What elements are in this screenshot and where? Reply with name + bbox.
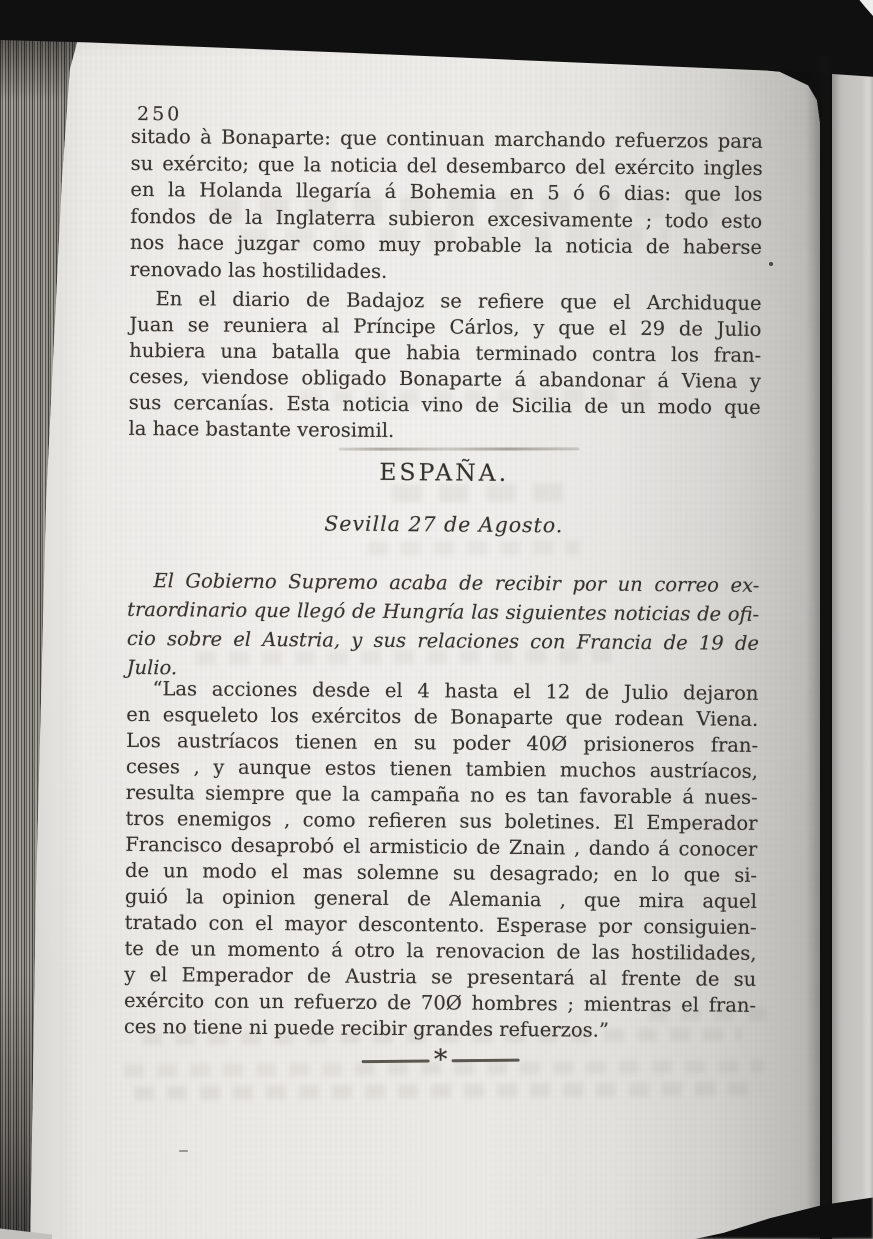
- intro-paragraph: El Gobierno Supremo acaba de recibir por…: [127, 566, 760, 687]
- page-number: 250: [137, 103, 182, 125]
- dateline: Sevilla 27 de Agosto.: [128, 510, 760, 539]
- asterisk-glyph: *: [430, 1055, 452, 1065]
- asterisk-ornament: *: [340, 1045, 540, 1075]
- ink-speck: [769, 262, 773, 266]
- quote-paragraph: “Las acciones desde el 4 hasta el 12 de …: [124, 676, 759, 1045]
- text-line: ces no tiene ni puede recibir grandes re…: [124, 1014, 756, 1045]
- ornament-dash-left: [362, 1059, 430, 1063]
- ink-speck: [179, 1150, 188, 1152]
- text-line: cio sobre el Austria, y sus relaciones c…: [127, 624, 759, 658]
- text-line: renovado las hostilidades.: [130, 256, 762, 287]
- section-divider-rule: [338, 447, 579, 450]
- body-paragraph-badajoz: En el diario de Badajoz se refiere que e…: [128, 286, 761, 447]
- body-paragraph-continuation: sitado à Bonaparte: que continuan marcha…: [130, 124, 763, 288]
- text-line: la hace bastante verosimil.: [128, 416, 760, 447]
- page-content: 250 sitado à Bonaparte: que continuan ma…: [0, 0, 873, 1239]
- ornament-dash-right: [451, 1058, 519, 1062]
- book-scan: { "page_number": "250", "colors": { "bac…: [0, 0, 873, 1239]
- section-heading: ESPAÑA.: [128, 456, 760, 489]
